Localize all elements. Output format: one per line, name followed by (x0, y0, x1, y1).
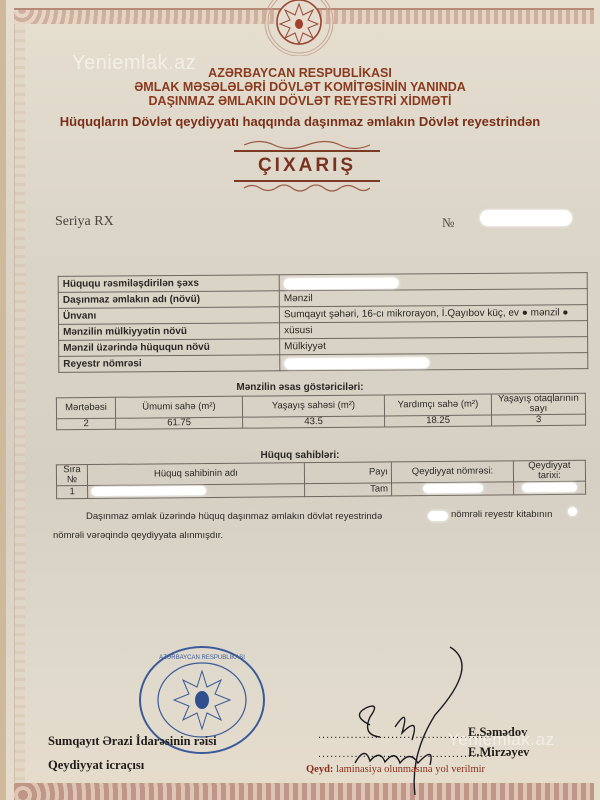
label-address: Ünvanı (58, 307, 279, 325)
rightholders-table: Sıra № Hüquq sahibinin adı Payı Qeydiyya… (56, 460, 586, 500)
label-rightholder: Hüququ rəsmiləşdirilən şəxs (58, 275, 279, 293)
ornament-bottom-icon (240, 183, 374, 193)
header-auxiliary-area: Yardımçı sahə (m²) (384, 394, 491, 416)
table-row: Reyestr nömrəsi (59, 353, 588, 373)
value-auxiliary-area: 18.25 (385, 415, 492, 427)
value-share: Tam (305, 483, 392, 497)
title-rule-bottom (234, 180, 380, 182)
document-title: ÇIXARIŞ (234, 154, 380, 178)
redacted-value (522, 483, 577, 492)
params-section-title: Mənzilin əsas göstəriciləri: (0, 382, 600, 393)
series-label: Seriya RX (55, 214, 114, 230)
header-living-area: Yaşayış sahəsi (m²) (242, 395, 384, 417)
lamination-note: Qeyd: laminasiya olunmasına yol verilmir (306, 764, 485, 775)
value-room-count: 3 (492, 414, 586, 426)
value-registration-number (392, 482, 514, 496)
watermark-text-bottom: Yeniemlak.az (448, 730, 555, 750)
header-share: Payı (304, 462, 391, 484)
apartment-params-table: Mərtəbəsi Ümumi sahə (m²) Yaşayış sahəsi… (56, 393, 586, 431)
value-living-area: 43.5 (243, 416, 385, 428)
title-block: ÇIXARIŞ (234, 148, 380, 184)
value-owner-name (88, 484, 305, 499)
redacted-value (91, 486, 206, 496)
header-line-service: DAŞINMAZ ƏMLAKIN DÖVLƏT REYESTRİ XİDMƏTİ (0, 94, 600, 108)
label-registry-number: Reyestr nömrəsi (59, 355, 280, 373)
label-ownership-type: Mənzilin mülkiyyətin növü (59, 323, 280, 341)
redacted-value (284, 277, 399, 289)
header-owner-name: Hüquq sahibinin adı (87, 463, 304, 486)
note-label: Qeyd: (306, 764, 333, 775)
value-floor: 2 (57, 418, 116, 430)
value-index: 1 (57, 486, 88, 499)
number-label: № (442, 215, 454, 231)
title-rule-top (234, 150, 380, 152)
header-registration-date: Qeydiyyat tarixi: (513, 460, 585, 482)
redacted-document-number (480, 210, 572, 226)
registration-text-part1: Daşınmaz əmlak üzərində hüquq daşınmaz ə… (86, 511, 382, 522)
registrar-title: Qeydiyyat icraçısı (48, 758, 144, 773)
property-info-table: Hüququ rəsmiləşdirilən şəxs Daşınmaz əml… (58, 272, 589, 373)
header-floor: Mərtəbəsi (56, 397, 115, 419)
registration-text-part2: nömrəli reyestr kitabının (451, 509, 552, 520)
redacted-value (284, 357, 429, 369)
state-emblem-icon (262, 0, 336, 56)
header-line-committee: ƏMLAK MƏSƏLƏLƏRİ DÖVLƏT KOMİTƏSİNİN YANI… (0, 80, 600, 94)
registration-text-part3: nömrəli vərəqində qeydiyyata alınmışdır. (53, 530, 223, 541)
value-total-area: 61.75 (116, 417, 243, 429)
head-of-office-title: Sumqayıt Ərazi İdarəsinin rəisi (48, 734, 217, 749)
svg-text:AZƏRBAYCAN RESPUBLİKASI: AZƏRBAYCAN RESPUBLİKASI (159, 654, 245, 661)
value-registration-date (514, 481, 586, 495)
left-guilloche-border (14, 24, 25, 784)
value-registry-number (280, 353, 588, 371)
label-right-type: Mənzil üzərində hüququn növü (59, 339, 280, 357)
redacted-book-number (428, 511, 448, 521)
header-total-area: Ümumi sahə (m²) (115, 396, 242, 418)
header-index: Sıra № (56, 465, 87, 486)
redacted-value (423, 484, 483, 494)
redacted-page-number (568, 507, 577, 516)
label-property-type: Daşınmaz əmlakın adı (növü) (58, 291, 279, 309)
header-subtitle: Hüquqların Dövlət qeydiyyatı haqqında da… (0, 114, 600, 129)
header-line-republic: AZƏRBAYCAN RESPUBLİKASI (0, 66, 600, 80)
bottom-guilloche-border (14, 783, 594, 800)
header-registration-number: Qeydiyyat nömrəsi: (391, 461, 513, 483)
note-text: laminasiya olunmasına yol verilmir (336, 764, 485, 775)
header-room-count: Yaşayış otaqlarının sayı (491, 393, 585, 415)
